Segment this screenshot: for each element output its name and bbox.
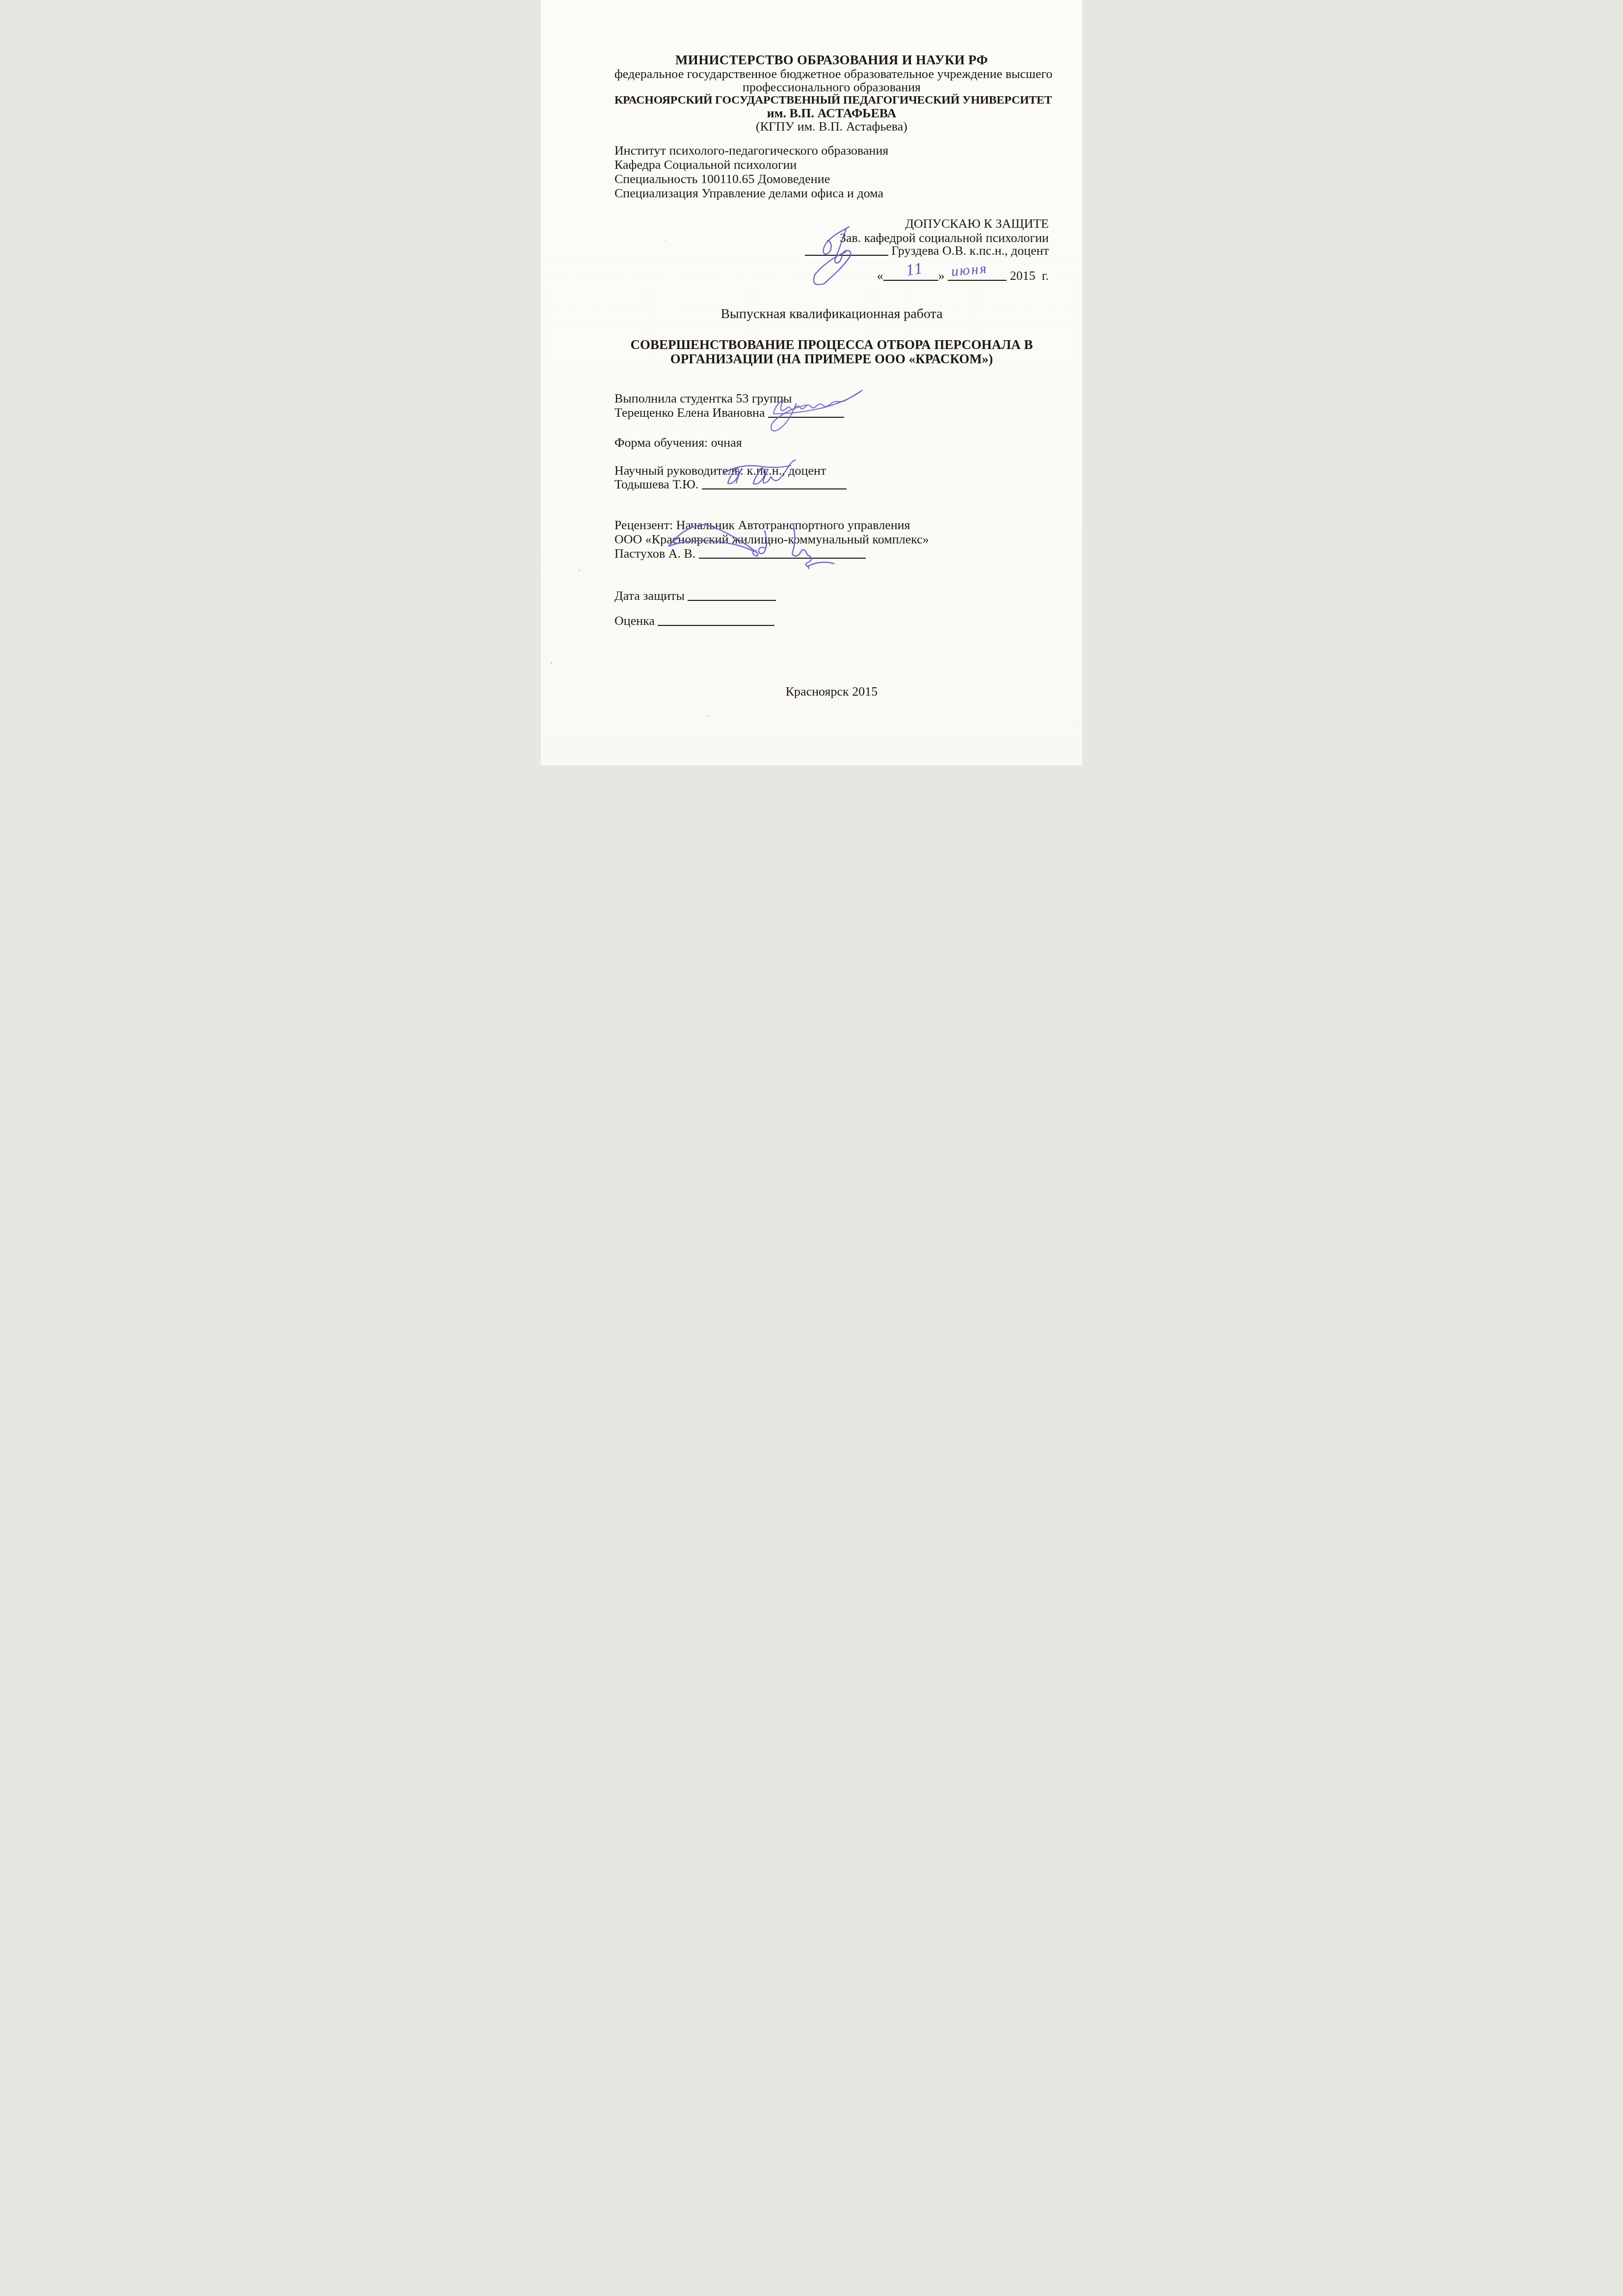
scan-speck xyxy=(551,662,552,664)
university-name-line: КРАСНОЯРСКИЙ ГОСУДАРСТВЕННЫЙ ПЕДАГОГИЧЕС… xyxy=(614,93,1049,108)
handwritten-day: 11 xyxy=(905,259,925,280)
scan-speck xyxy=(707,715,708,717)
date-close-quote: » xyxy=(938,269,945,283)
ministry-line: МИНИСТЕРСТВО ОБРАЗОВАНИЯ И НАУКИ РФ xyxy=(614,53,1049,67)
student-signature-blank xyxy=(768,414,844,418)
department-line: Кафедра Социальной психологии xyxy=(614,158,1049,172)
date-year-suffix: г. xyxy=(1042,269,1049,283)
student-performed-line: Выполнила студентка 53 группы xyxy=(614,391,1049,405)
approval-signature-blank xyxy=(805,252,888,256)
thesis-title-line-1: СОВЕРШЕНСТВОВАНИЕ ПРОЦЕССА ОТБОРА ПЕРСОН… xyxy=(614,338,1049,352)
approval-head-name: Груздева О.В. к.пс.н., доцент xyxy=(891,243,1049,258)
grade-label: Оценка xyxy=(614,614,655,628)
date-year: 2015 xyxy=(1010,269,1036,283)
handwritten-month: июня xyxy=(951,261,988,280)
work-type-line: Выпускная квалификационная работа xyxy=(614,307,1049,321)
scan-speck xyxy=(1023,599,1024,601)
date-open-quote: « xyxy=(877,269,883,283)
reviewer-name-row: Пастухов А. В. xyxy=(614,546,1049,561)
thesis-title-line-2: ОРГАНИЗАЦИИ (НА ПРИМЕРЕ ООО «КРАСКОМ») xyxy=(614,352,1049,366)
specialization-line: Специализация Управление делами офиса и … xyxy=(614,186,1049,200)
student-name-row: Терещенко Елена Ивановна xyxy=(614,405,1049,420)
supervisor-name-row: Тодышева Т.Ю. xyxy=(614,477,1049,491)
study-form-line: Форма обучения: очная xyxy=(614,435,1049,450)
approval-head-position: Зав. кафедрой социальной психологии xyxy=(614,231,1049,245)
reviewer-position-line: Рецензент: Начальник Автотранспортного у… xyxy=(614,518,1049,532)
university-abbreviation-line: (КГПУ им. В.П. Астафьева) xyxy=(614,119,1049,134)
supervisor-signature-blank xyxy=(702,486,847,489)
grade-blank xyxy=(658,622,774,626)
federal-institution-line-1: федеральное государственное бюджетное об… xyxy=(614,67,1049,81)
reviewer-name: Пастухов А. В. xyxy=(614,546,695,561)
supervisor-position-line: Научный руководитель: к.пс.н., доцент xyxy=(614,463,1049,478)
approval-signature-row: Груздева О.В. к.пс.н., доцент xyxy=(614,243,1049,258)
defense-date-label: Дата защиты xyxy=(614,589,685,603)
university-named-after-line: им. В.П. АСТАФЬЕВА xyxy=(614,106,1049,120)
reviewer-organization-line: ООО «Красноярский жилищно-коммунальный к… xyxy=(614,532,1049,546)
approval-title: ДОПУСКАЮ К ЗАЩИТЕ xyxy=(614,216,1049,231)
defense-date-row: Дата защиты xyxy=(614,589,1049,603)
federal-institution-line-2: профессионального образования xyxy=(614,80,1049,94)
reviewer-signature-blank xyxy=(699,555,866,559)
scan-speck xyxy=(579,569,580,571)
scan-speck xyxy=(665,240,666,242)
city-year-line: Красноярск 2015 xyxy=(614,684,1049,699)
supervisor-name: Тодышева Т.Ю. xyxy=(614,477,698,491)
scanned-document-page: МИНИСТЕРСТВО ОБРАЗОВАНИЯ И НАУКИ РФ феде… xyxy=(541,0,1082,765)
student-name: Терещенко Елена Ивановна xyxy=(614,405,765,420)
defense-date-blank xyxy=(688,597,776,601)
speciality-line: Специальность 100110.65 Домоведение xyxy=(614,172,1049,186)
institute-line: Институт психолого-педагогического образ… xyxy=(614,143,1049,158)
grade-row: Оценка xyxy=(614,614,1049,628)
